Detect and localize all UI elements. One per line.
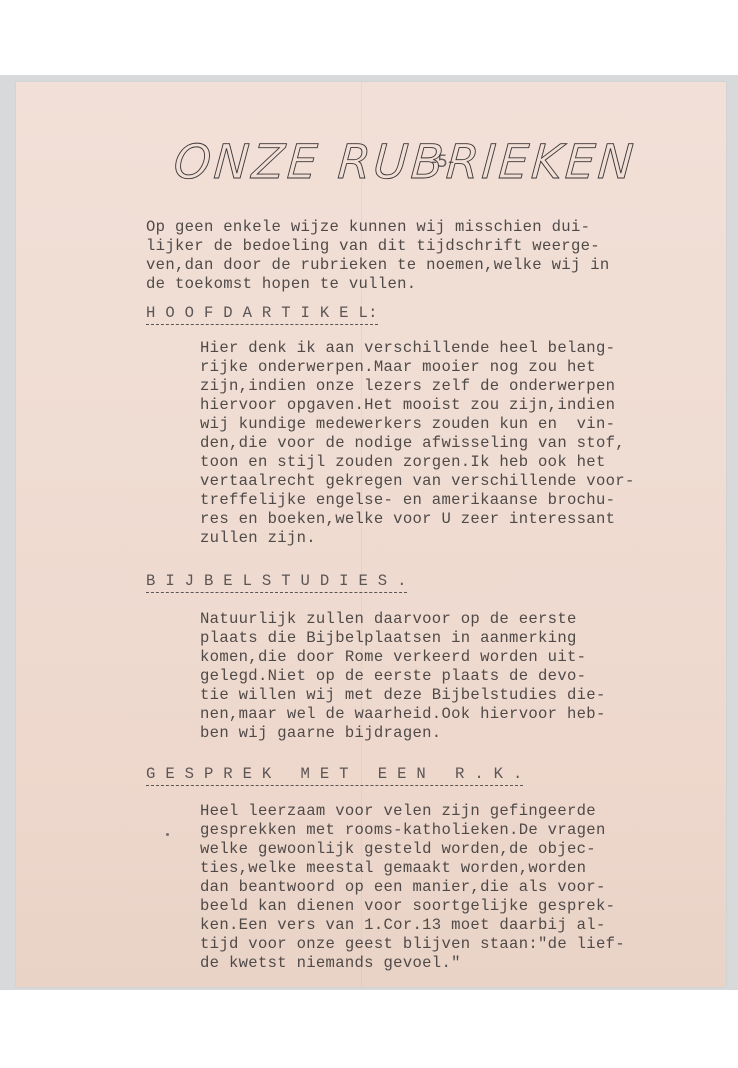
section-body-hoofdartikel: Hier denk ik aan verschillende heel bela… <box>200 339 635 548</box>
section-heading-bijbelstudies: B I J B E L S T U D I E S . <box>146 572 407 593</box>
intro-paragraph: Op geen enkele wijze kunnen wij misschie… <box>146 218 610 294</box>
section-body-bijbelstudies: Natuurlijk zullen daarvoor op de eerste … <box>200 610 606 743</box>
section-heading-gesprek: G E S P R E K M E T E E N R . K . <box>146 765 523 786</box>
page-title: ONZE RUBRIEKEN <box>172 135 716 190</box>
section-body-gesprek: Heel leerzaam voor velen zijn gefingeerd… <box>200 802 625 973</box>
section-heading-hoofdartikel: H O O F D A R T I K E L: <box>146 304 378 325</box>
stray-ink-mark <box>166 833 169 836</box>
